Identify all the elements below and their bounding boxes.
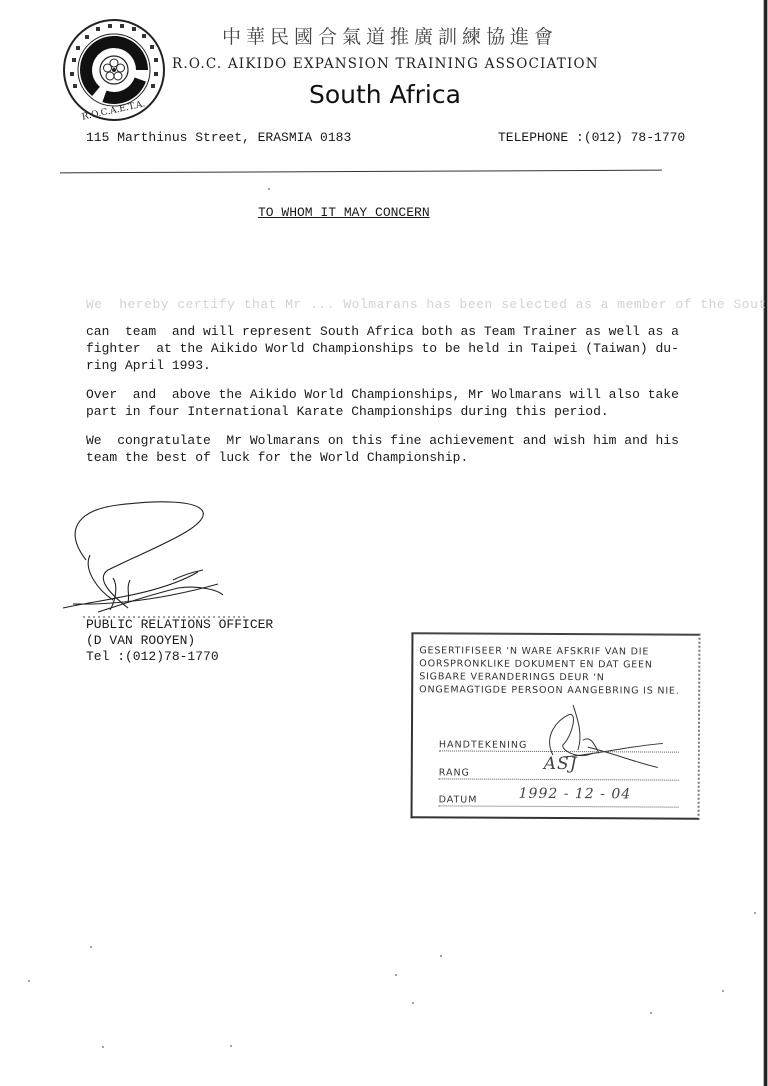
stamp-field-handtekening: HANDTEKENING (439, 739, 679, 752)
org-address: 115 Marthinus Street, ERASMIA 0183 (86, 130, 351, 145)
stamp-field-datum: DATUM 1992 - 12 - 04 (439, 794, 679, 807)
scan-edge-border (763, 0, 768, 1086)
paragraph-3: We congratulate Mr Wolmarans on this fin… (86, 432, 686, 466)
stamp-field-rang: RANG ASJ (439, 767, 679, 780)
signatory-title: PUBLIC RELATIONS OFFICER (86, 617, 273, 632)
signatory-block: PUBLIC RELATIONS OFFICER (D VAN ROOYEN) … (86, 617, 273, 665)
faded-opening-line: We hereby certify that Mr ... Wolmarans … (86, 296, 686, 313)
signatory-tel: Tel :(012)78-1770 (86, 649, 219, 664)
org-country: South Africa (309, 80, 461, 109)
paragraph-2: Over and above the Aikido World Champion… (86, 386, 686, 420)
stamp-certification-text: GESERTIFISEER 'N WARE AFSKRIF VAN DIE OO… (419, 644, 691, 697)
header-divider (60, 170, 662, 174)
paragraph-1: can team and will represent South Africa… (86, 323, 686, 374)
datum-value: 1992 - 12 - 04 (519, 786, 632, 803)
letter-subject: TO WHOM IT MAY CONCERN (258, 205, 430, 220)
signature-scribble (58, 500, 278, 620)
signatory-name: (D VAN ROOYEN) (86, 633, 195, 648)
org-telephone: TELEPHONE :(012) 78-1770 (498, 130, 685, 145)
roc-aikido-emblem-icon: R.O.C.A.E.T.A. (60, 18, 168, 122)
certification-stamp: GESERTIFISEER 'N WARE AFSKRIF VAN DIE OO… (411, 632, 701, 820)
rang-value: ASJ (544, 754, 578, 774)
org-name: R.O.C. AIKIDO EXPANSION TRAINING ASSOCIA… (172, 56, 599, 72)
chinese-org-title: 中華民國合氣道推廣訓練協進會 (222, 22, 558, 49)
